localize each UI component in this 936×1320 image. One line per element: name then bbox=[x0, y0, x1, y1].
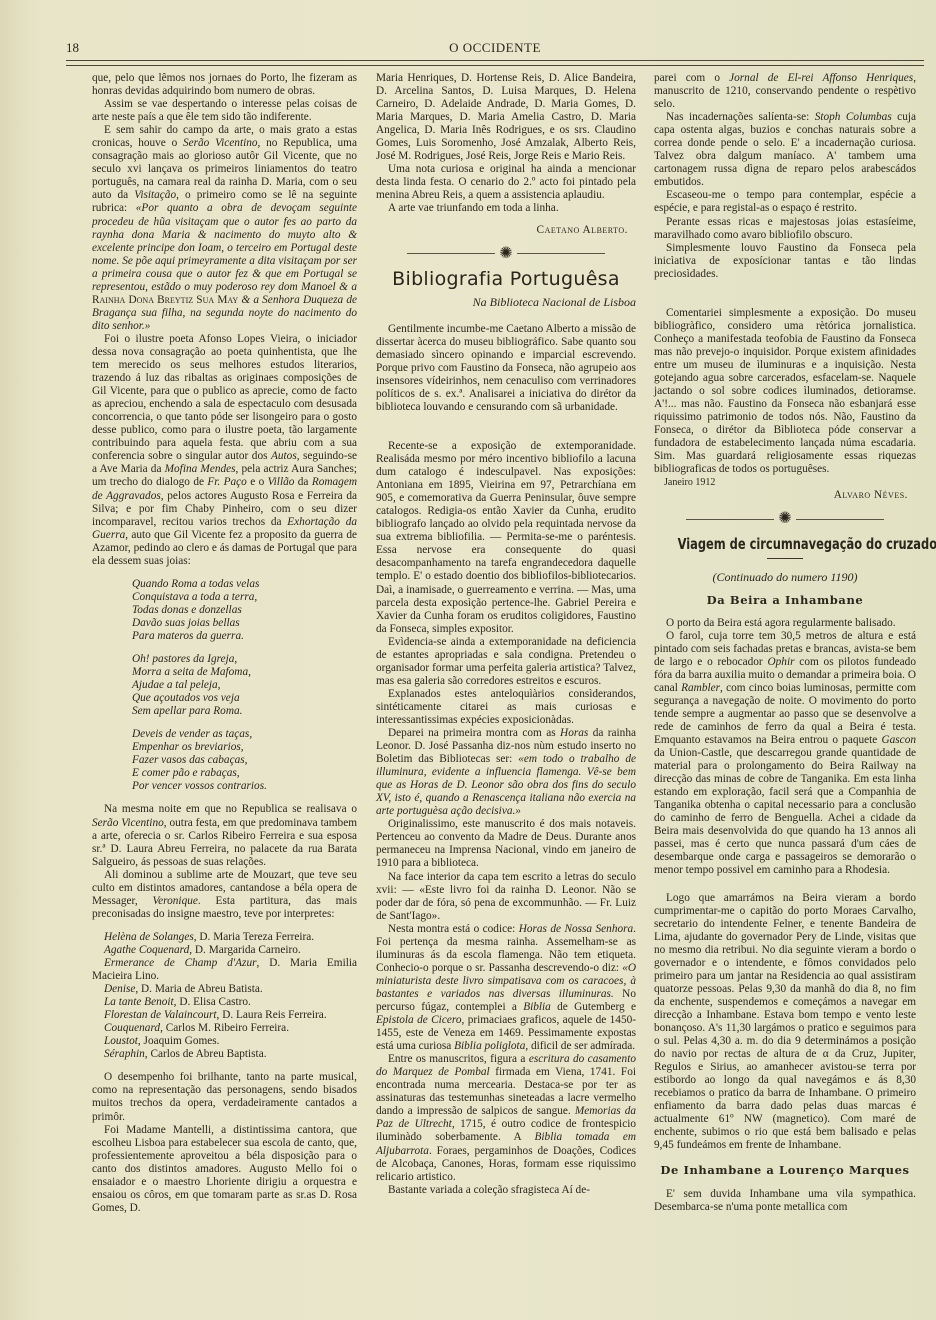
paragraph: Entre os manuscritos, figura a escritura… bbox=[376, 1053, 636, 1183]
divider-line bbox=[686, 519, 774, 520]
article-title: Bibliografia Portuguêsa bbox=[376, 273, 636, 286]
paragraph: Uma nota curiosa e original ha ainda a m… bbox=[376, 163, 636, 202]
paragraph: Recente-se a exposição de extemporanidad… bbox=[376, 440, 636, 636]
cast-item: Denise, D. Maria de Abreu Batista. bbox=[92, 983, 357, 996]
paragraph: O desempenho foi brilhante, tanto na par… bbox=[92, 1071, 357, 1123]
paragraph: Escaseou-me o tempo para contemplar, esp… bbox=[654, 189, 916, 215]
stanza: Oh! pastores da Igreja,Morra a seita de … bbox=[132, 653, 357, 718]
paragraph: Deparei na primeira montra com as Horas … bbox=[376, 727, 636, 818]
paragraph: Nesta montra está o codice: Horas de Nos… bbox=[376, 923, 636, 1053]
column-3: parei com o Jornal de El-rei Affonso Hen… bbox=[654, 72, 916, 1214]
cast-item: Agathe Coquenard, D. Margarida Carneiro. bbox=[92, 944, 357, 957]
paragraph: E sem sahir do campo da arte, o mais gra… bbox=[92, 124, 357, 333]
section-subheading: De Inhambane a Lourenço Marques bbox=[654, 1164, 916, 1177]
verse-block: Quando Roma a todas velasConquistava a t… bbox=[132, 578, 357, 794]
paragraph: Originalissimo, este manuscrito é dos ma… bbox=[376, 818, 636, 870]
cast-item: Loustot, Joaquim Gomes. bbox=[92, 1035, 357, 1048]
section-divider: ✺ bbox=[376, 247, 636, 261]
cast-item: Florestan de Valaincourt, D. Laura Reis … bbox=[92, 1009, 357, 1022]
cast-item: La tante Benoit, D. Elisa Castro. bbox=[92, 996, 357, 1009]
paragraph: Na mesma noite em que no Republica se re… bbox=[92, 803, 357, 868]
section-divider: ✺ bbox=[654, 512, 916, 526]
section-subheading: Da Beira a Inhambane bbox=[654, 594, 916, 607]
paragraph: Perante essas ricas e majestosas joias e… bbox=[654, 216, 916, 242]
dateline: Janeiro 1912 bbox=[664, 476, 916, 489]
paragraph: Simplesmente louvo Faustino da Fonseca p… bbox=[654, 242, 916, 281]
newspaper-page: 18 O OCCIDENTE que, pelo que lêmos nos j… bbox=[0, 0, 936, 1320]
cast-item: Helèna de Solanges, D. Maria Tereza Ferr… bbox=[92, 931, 357, 944]
author-signature: Alvaro Néves. bbox=[654, 489, 908, 502]
paragraph: Gentilmente incumbe-me Caetano Alberto a… bbox=[376, 323, 636, 414]
paragraph: O farol, cuja torre tem 30,5 metros de a… bbox=[654, 630, 916, 878]
paragraph: Comentariei simplesmente a exposição. Do… bbox=[654, 307, 916, 477]
article-subtitle: Na Biblioteca Nacional de Lisboa bbox=[376, 296, 636, 309]
stanza: Quando Roma a todas velasConquistava a t… bbox=[132, 578, 357, 643]
running-title: O OCCIDENTE bbox=[66, 40, 924, 56]
cast-list: Helèna de Solanges, D. Maria Tereza Ferr… bbox=[92, 931, 357, 1061]
column-1: que, pelo que lêmos nos jornaes do Porto… bbox=[92, 72, 357, 1215]
paragraph: O porto da Beira está agora regularmente… bbox=[654, 617, 916, 630]
short-rule bbox=[767, 558, 803, 559]
paragraph: Logo que amarrámos na Beira vieram a bor… bbox=[654, 892, 916, 1153]
divider-line bbox=[517, 253, 605, 254]
paragraph: Assim se vae despertando o interesse pel… bbox=[92, 98, 357, 124]
paragraph: Evìdencia-se ainda a extemporanidade na … bbox=[376, 636, 636, 688]
paragraph: que, pelo que lêmos nos jornaes do Porto… bbox=[92, 72, 357, 98]
cast-item: Séraphin, Carlos de Abreu Baptista. bbox=[92, 1048, 357, 1061]
article-title: Viagem de circumnavegação do cruzador «S… bbox=[678, 538, 893, 551]
paragraph: parei com o Jornal de El-rei Affonso Hen… bbox=[654, 72, 916, 111]
paragraph: Bastante variada a coleção sfragisteca A… bbox=[376, 1184, 636, 1197]
author-signature: Caetano Alberto. bbox=[376, 224, 628, 237]
paragraph: Explanados estes anteloquìàrios consìder… bbox=[376, 688, 636, 727]
cast-item: Ermerance de Champ d'Azur, D. Maria Emil… bbox=[92, 957, 357, 983]
paragraph: Foi Madame Mantelli, a distintissima can… bbox=[92, 1124, 357, 1215]
paragraph: Ali dominou a sublime arte de Mouzart, q… bbox=[92, 869, 357, 921]
article-subtitle: (Continuado do numero 1190) bbox=[654, 571, 916, 584]
asterisk-ornament-icon: ✺ bbox=[499, 247, 512, 261]
paragraph: Foi o ilustre poeta Afonso Lopes Vieira,… bbox=[92, 333, 357, 568]
paragraph: Nas incadernações salíenta-se: Stoph Col… bbox=[654, 111, 916, 189]
asterisk-ornament-icon: ✺ bbox=[778, 512, 791, 526]
cast-item: Couquenard, Carlos M. Ribeiro Ferreira. bbox=[92, 1022, 357, 1035]
paragraph: Maria Henriques, D. Hortense Reis, D. Al… bbox=[376, 72, 636, 163]
stanza: Deveis de vender as taças,Empenhar os br… bbox=[132, 728, 357, 793]
header-double-rule bbox=[66, 60, 924, 66]
paragraph: E' sem duvida Inhambane uma vila sympath… bbox=[654, 1188, 916, 1214]
divider-line bbox=[796, 519, 884, 520]
paragraph: A arte vae triunfando em toda a linha. bbox=[376, 202, 636, 215]
divider-line bbox=[407, 253, 495, 254]
paragraph: Na face interior da capa tem escrito a l… bbox=[376, 871, 636, 923]
column-2: Maria Henriques, D. Hortense Reis, D. Al… bbox=[376, 72, 636, 1197]
